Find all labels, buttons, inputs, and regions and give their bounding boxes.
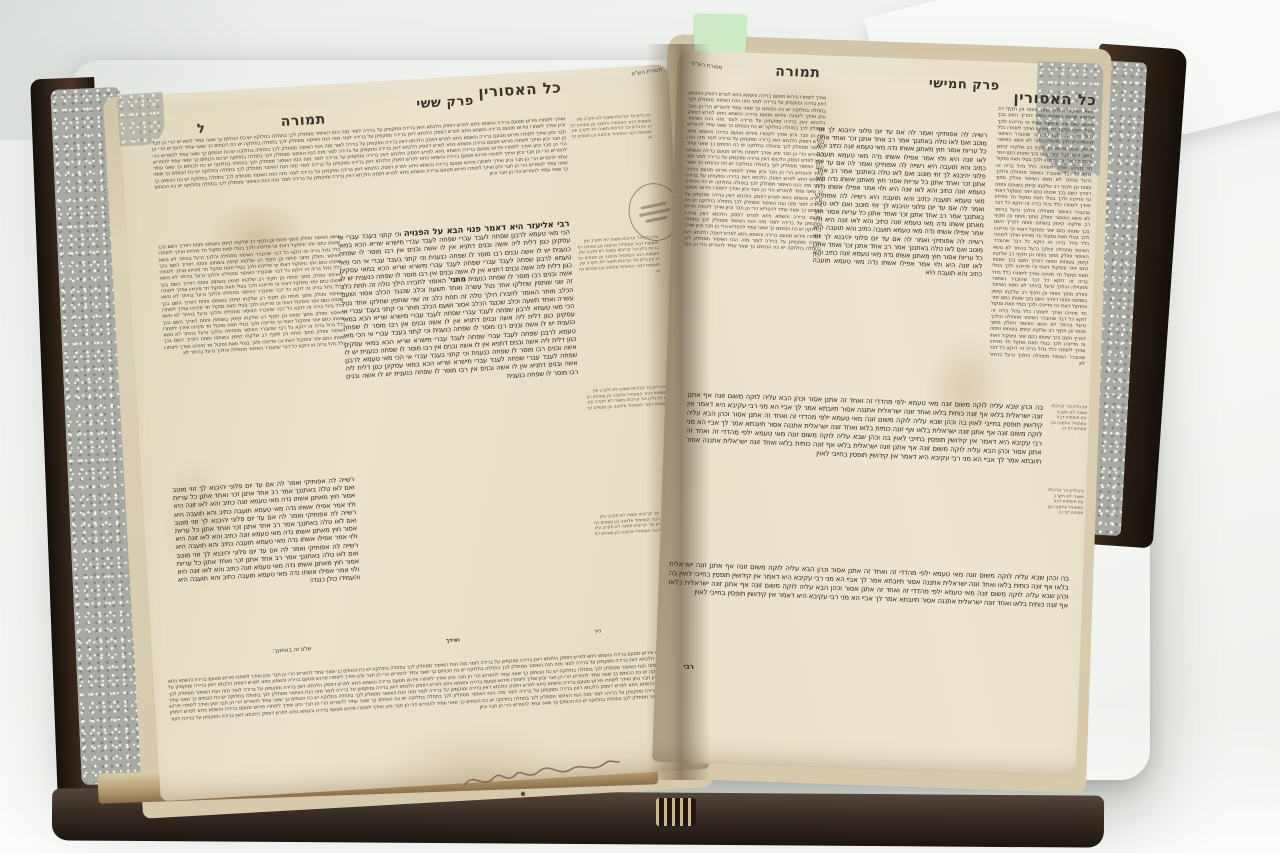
right-header-perek: פרק חמישי: [929, 76, 1000, 94]
left-header-chapter-name: כל האסורין: [478, 78, 562, 101]
left-outer-column: נושא האיסור וחולק מתוך פותח וכן תקיף רב …: [158, 234, 369, 740]
end-word-mid: ואידך: [446, 637, 460, 644]
end-word-left: ליד: [594, 629, 602, 635]
column-end-line: והעמידו כולן כנגדו:: [309, 574, 360, 585]
gloss-snippet: עין גליון וכו' קריבתו משנה לא תקרב עיין …: [1049, 404, 1087, 459]
gemara-text: רשייה לה אפותיקי ואמר לה אם עד יום פלוני…: [172, 475, 359, 584]
right-wide-gemara-block: בה וכהן שבא עליה לוקה משום זונה מאי טעמא…: [682, 391, 1044, 568]
gloss-snippet: עין גליון וכו' קריבתו משנה לא תקרב עיין …: [585, 385, 672, 470]
left-top-commentary-band: ואידך ליסתרו פירוש מטעם ברירה והשתא ניחא…: [152, 116, 571, 234]
left-center-gemara-column: רבי אליעזר היא דאמר פנוי הבא על הפנויה ו…: [337, 220, 592, 633]
photo-of-open-talmud-folio: כל האסורין פרק ששי תמורה ל מסורת הש"ס וא…: [0, 0, 1280, 853]
inscription-stroke: [464, 761, 621, 786]
left-page: כל האסורין פרק ששי תמורה ל מסורת הש"ס וא…: [119, 64, 710, 801]
right-inner-rashi-column: ואידך ליסתרו פירוש מטעם ברירה והשתא ניחא…: [678, 90, 827, 387]
right-outer-rashi-column: נושא האיסור וחולק מתוך פותח וכן תקיף רב …: [988, 106, 1094, 397]
left-outer-rashi-block: נושא האיסור וחולק מתוך פותח וכן תקיף רב …: [158, 234, 354, 480]
right-center-gemara-column: רשייה לה אפותיקי ואמר לה אם עד יום פלוני…: [808, 125, 987, 393]
right-page: כל האסורין פרק חמישי תמורה מסורת הש"ס נו…: [652, 50, 1102, 777]
right-bottom-gemara-block: בה וכהן שבא עליה לוקה משום זונה מאי טעמא…: [665, 560, 1069, 703]
gloss-snippet: עין גליון וכו' קריבתו משנה לא תקרב עיין …: [576, 235, 664, 350]
left-masoret-margin-label: מסורת הש"ס: [631, 67, 662, 77]
right-header-tractate: תמורה: [775, 64, 821, 82]
right-outer-margin-gloss: עין גליון וכו' קריבתו משנה לא תקרב עיין …: [1045, 404, 1087, 565]
stamp-text-line: [645, 215, 667, 222]
left-header-tractate: תמורה: [280, 111, 326, 130]
worn-corner-patch: [117, 92, 166, 147]
hanging-word: רבי: [683, 663, 694, 671]
gemara-text: וכי קתני בעבד עברי אי הכי מאי טעמא לרבנן…: [342, 302, 578, 381]
spine-stitching: [656, 798, 696, 826]
left-header-folio-number: ל: [197, 122, 206, 137]
gloss-snippet: עין גליון וכו' קריבתו משנה לא תקרב עיין …: [1046, 488, 1084, 543]
gloss-snippet: עין גליון וכו' קריבתו משנה לא תקרב עיין …: [569, 113, 655, 188]
stamp-text-line: [640, 201, 666, 209]
left-header-perek: פרק ששי: [416, 94, 474, 112]
inscription-ink-dot: [521, 792, 526, 797]
right-masoret-margin-label: מסורת הש"ס: [691, 61, 722, 71]
